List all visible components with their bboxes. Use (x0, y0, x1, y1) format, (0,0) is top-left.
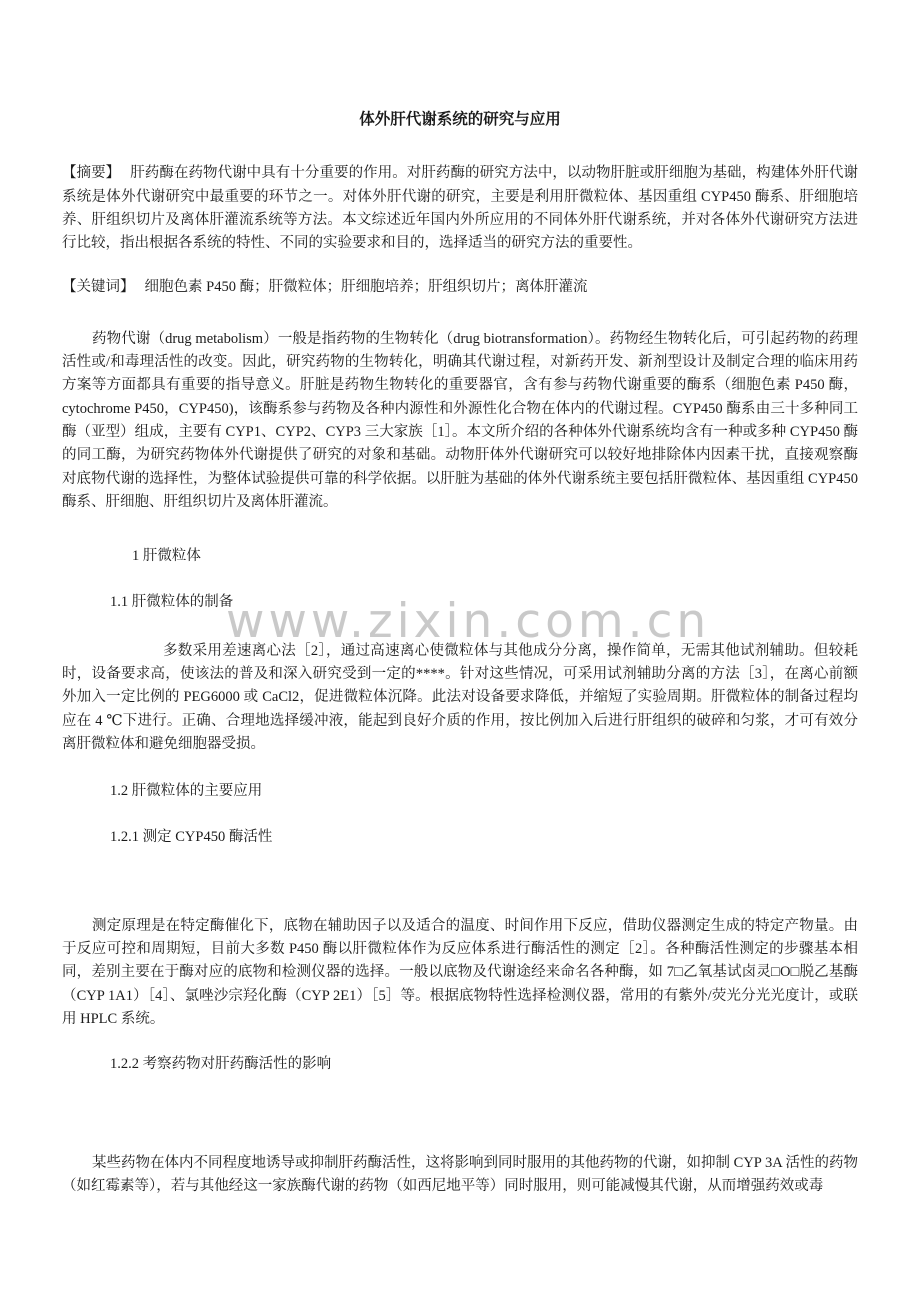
keywords-text: 细胞色素 P450 酶；肝微粒体；肝细胞培养；肝组织切片；离体肝灌流 (145, 279, 588, 295)
section-heading-1-2: 1.2 肝微粒体的主要应用 (62, 780, 858, 803)
section-heading-1-2-1: 1.2.1 测定 CYP450 酶活性 (62, 826, 858, 849)
abstract-text: 肝药酶在药物代谢中具有十分重要的作用。对肝药酶的研究方法中，以动物肝脏或肝细胞为… (62, 165, 858, 251)
section-paragraph-1-2-2: 某些药物在体内不同程度地诱导或抑制肝药酶活性，这将影响到同时服用的其他药物的代谢… (62, 1152, 858, 1199)
section-paragraph-1-1: 多数采用差速离心法［2］，通过高速离心使微粒体与其他成分分离，操作简单，无需其他… (62, 640, 858, 756)
document-content: 体外肝代谢系统的研究与应用 【摘要】肝药酶在药物代谢中具有十分重要的作用。对肝药… (62, 108, 858, 1198)
section-paragraph-1-2-1: 测定原理是在特定酶催化下，底物在辅助因子以及适合的温度、时间作用下反应，借助仪器… (62, 915, 858, 1031)
section-heading-1-1: 1.1 肝微粒体的制备 (62, 591, 858, 614)
document-page: www.zixin.com.cn 体外肝代谢系统的研究与应用 【摘要】肝药酶在药… (0, 0, 920, 1302)
section-heading-1-2-2: 1.2.2 考察药物对肝药酶活性的影响 (62, 1053, 858, 1076)
abstract-paragraph: 【摘要】肝药酶在药物代谢中具有十分重要的作用。对肝药酶的研究方法中，以动物肝脏或… (62, 162, 858, 255)
intro-paragraph: 药物代谢（drug metabolism）一般是指药物的生物转化（drug bi… (62, 328, 858, 514)
keywords-label: 【关键词】 (62, 279, 135, 295)
abstract-label: 【摘要】 (62, 165, 120, 181)
section-heading-1: 1 肝微粒体 (62, 545, 858, 568)
page-title: 体外肝代谢系统的研究与应用 (62, 108, 858, 131)
keywords-paragraph: 【关键词】细胞色素 P450 酶；肝微粒体；肝细胞培养；肝组织切片；离体肝灌流 (62, 276, 858, 299)
